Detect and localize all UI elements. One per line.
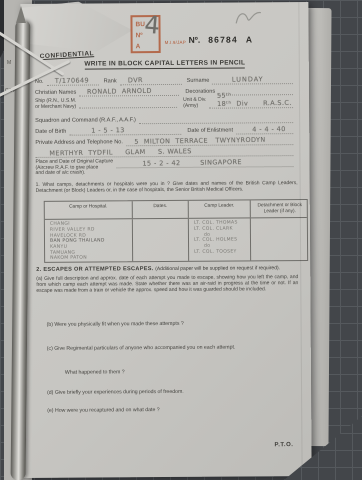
- camp-table: Camp or Hospital. Dates. Camp Leader. De…: [44, 199, 308, 263]
- christian-names-value: RONALD ARNOLD: [87, 87, 152, 96]
- serial-number: Nº. 86784 A: [189, 34, 252, 44]
- confidential-label: CONFIDENTIAL: [40, 50, 95, 60]
- decorations-label: Decorations: [179, 89, 218, 96]
- rank-field: DVR: [120, 76, 182, 85]
- number-label: No.: [35, 79, 47, 86]
- number-field: T/170649: [47, 76, 99, 85]
- ship-label: Ship (R.N., U.S.M. or Merchant Navy): [35, 99, 79, 110]
- address-label: Private Address and Telephone No.: [35, 139, 126, 147]
- section2-title: 2. ESCAPES OR ATTEMPTED ESCAPES.: [36, 266, 154, 273]
- question-b: (b) Were you physically fit when you mad…: [47, 321, 184, 328]
- camp-table-header: Camp or Hospital. Dates. Camp Leader. De…: [45, 200, 307, 220]
- date-of-birth-field: 1 - 5 - 13: [69, 126, 181, 136]
- form-row-address-continued: MERTHYR TYDFIL GLAM S. WALES: [35, 146, 293, 158]
- surname-field: LUNDAY: [212, 75, 293, 85]
- capture-field: 15 - 2 - 42 SINGAPORE: [116, 158, 294, 168]
- stamp-line: A: [136, 41, 159, 52]
- department-reference: M.I.9/JAP: [165, 40, 186, 45]
- photographed-document-scene: M CORP CONFIDENTIAL BU Nº A 4 M.I.9/JAP …: [0, 0, 362, 480]
- address-value-line2: MERTHYR TYDFIL GLAM S. WALES: [49, 147, 192, 157]
- camp-leader-column: LT. COL. THOMAS LT. COL. CLARK do LT. CO…: [189, 219, 251, 261]
- unit-label: Unit & Div. (Army): [177, 98, 209, 109]
- camp-entry: NAKOM PATON: [50, 256, 132, 262]
- question-c: (c) Give Regimental particulars of anyon…: [47, 345, 236, 352]
- header-dates: Dates.: [133, 201, 189, 219]
- surname-label: Surname: [182, 78, 213, 85]
- section2-note: (Additional paper will be supplied on re…: [155, 265, 280, 272]
- camp-table-body: CHANGI RIVER VALLEY RD HAVELOCK RD BAN P…: [45, 218, 307, 262]
- squadron-label: Squadron and Command (R.A.F., A.A.F.): [35, 117, 139, 125]
- block-leader-column: [251, 218, 309, 260]
- date-of-birth-label: Date of Birth: [35, 129, 69, 136]
- capture-label: Place and Date of Original Capture (Airc…: [35, 159, 116, 176]
- form-row-capture: Place and Date of Original Capture (Airc…: [35, 158, 293, 177]
- camp-column: CHANGI RIVER VALLEY RD HAVELOCK RD BAN P…: [45, 219, 133, 262]
- serial-value: 86784: [208, 34, 238, 44]
- address-field-line2: MERTHYR TYDFIL GLAM S. WALES: [35, 147, 293, 158]
- christian-names-label: Christian Names: [35, 90, 79, 97]
- number-value: T/170649: [55, 76, 89, 85]
- section1-question: 1. What camps, detachments or hospitals …: [36, 180, 298, 194]
- unit-field: 18ᵗʰ Div R.A.S.C. 55ᵗʰ: [209, 98, 293, 109]
- form-row-ship-unit: Ship (R.N., U.S.M. or Merchant Navy) Uni…: [35, 97, 293, 110]
- page-turn-over-label: P.T.O.: [275, 442, 294, 448]
- camp-leader-entry: LT. COL. TOOSEY: [194, 249, 250, 255]
- pencil-scribble: [231, 4, 268, 31]
- creased-paper-corner: [20, 1, 132, 52]
- rank-label: Rank: [99, 78, 120, 85]
- header-camp-leader: Camp Leader.: [189, 200, 251, 218]
- question-e: (e) How were you recaptured and on what …: [47, 407, 160, 414]
- date-of-birth-value: 1 - 5 - 13: [91, 126, 125, 135]
- serial-letter: A: [246, 34, 252, 44]
- header-camp-or-hospital: Camp or Hospital.: [45, 201, 133, 219]
- unit-value: 18ᵗʰ Div R.A.S.C.: [217, 99, 292, 108]
- header-block-leader: Detachment or Block Leader (if any).: [251, 200, 309, 218]
- form-row-squadron: Squadron and Command (R.A.F., A.A.F.): [35, 113, 293, 125]
- dates-column: [133, 219, 189, 261]
- serial-label: Nº.: [189, 35, 201, 45]
- capture-value: 15 - 2 - 42 SINGAPORE: [142, 158, 242, 168]
- enlistment-value: 4 - 4 - 40: [252, 125, 286, 134]
- question-c-followup: What happened to them ?: [65, 369, 125, 375]
- address-field-line1: 5 MILTON TERRACE TWYNYRODYN: [126, 136, 293, 146]
- section2-heading: 2. ESCAPES OR ATTEMPTED ESCAPES. (Additi…: [36, 265, 280, 273]
- form-row-address: Private Address and Telephone No. 5 MILT…: [35, 135, 293, 147]
- enlistment-field: 4 - 4 - 40: [236, 125, 293, 134]
- pencil-number: 4: [143, 11, 160, 40]
- question-d: (d) Give briefly your experiences during…: [47, 389, 184, 396]
- ship-field: [79, 98, 177, 109]
- form-row-number-rank-surname: No. T/170649 Rank DVR Surname LUNDAY: [35, 74, 293, 86]
- question-a: (a) Give full description and approx. da…: [36, 274, 298, 294]
- surname-value: LUNDAY: [232, 75, 264, 83]
- enlistment-label: Date of Enlistment: [181, 128, 236, 135]
- christian-names-field: RONALD ARNOLD: [79, 87, 179, 97]
- form-row-names-decorations: Christian Names RONALD ARNOLD Decoration…: [35, 85, 293, 97]
- unit-superscript: 55ᵗʰ: [217, 91, 232, 99]
- underpage-text-fragment: M: [7, 60, 11, 66]
- address-value-line1: 5 MILTON TERRACE TWYNYRODYN: [134, 136, 265, 146]
- form-row-dates: Date of Birth 1 - 5 - 13 Date of Enlistm…: [35, 124, 293, 136]
- rank-value: DVR: [128, 76, 143, 84]
- squadron-field: [139, 114, 293, 124]
